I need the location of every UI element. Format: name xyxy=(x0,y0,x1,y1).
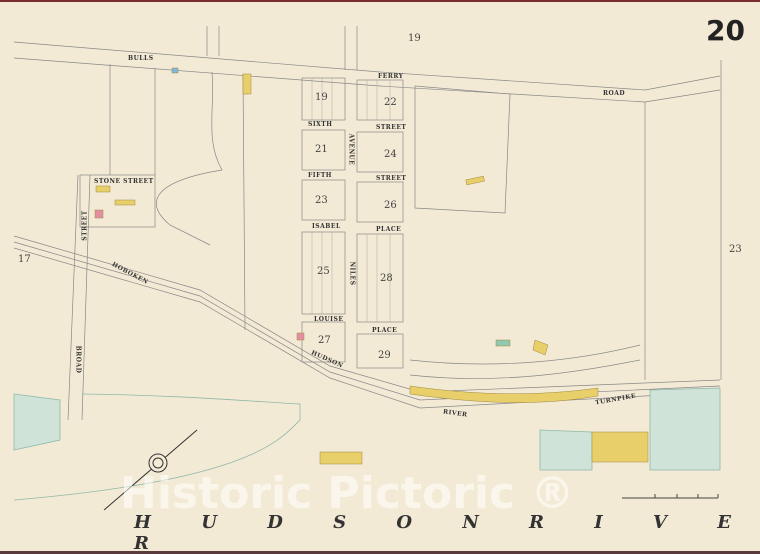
block-number: 26 xyxy=(384,200,397,211)
street-label-place-1: PLACE xyxy=(376,226,401,233)
adjacent-sheet-left: 17 xyxy=(18,254,31,265)
street-label-ferry: FERRY xyxy=(378,73,403,80)
block-number: 24 xyxy=(384,149,397,160)
street-label-stone-street: STONE STREET xyxy=(94,178,154,185)
street-label-road: ROAD xyxy=(603,90,625,97)
block-number: 21 xyxy=(315,144,328,155)
watermark: Historic Pictoric ® xyxy=(120,468,574,519)
block-number: 19 xyxy=(315,92,328,103)
street-label-broad: BROAD xyxy=(74,346,81,374)
block-number: 25 xyxy=(317,266,330,277)
street-label-bulls: BULLS xyxy=(128,55,154,62)
street-label-louise: LOUISE xyxy=(314,316,343,323)
adjacent-sheet-top: 19 xyxy=(408,33,421,44)
street-label-avenue: AVENUE xyxy=(347,134,354,166)
street-label-isabel: ISABEL xyxy=(312,223,341,230)
block-number: 22 xyxy=(384,97,397,108)
street-label-sixth: SIXTH xyxy=(308,121,332,128)
street-label-fifth: FIFTH xyxy=(308,172,332,179)
street-label-street-1: STREET xyxy=(376,124,406,131)
street-label-niles: NILES xyxy=(348,262,355,286)
block-number: 28 xyxy=(380,273,393,284)
adjacent-sheet-right: 23 xyxy=(729,244,742,255)
block-number: 23 xyxy=(315,195,328,206)
street-label-street-vertical: STREET xyxy=(82,210,89,240)
block-number: 27 xyxy=(318,335,331,346)
block-number: 29 xyxy=(378,350,391,361)
street-label-place-2: PLACE xyxy=(372,327,397,334)
street-label-street-2: STREET xyxy=(376,175,406,182)
page-number: 20 xyxy=(706,14,745,47)
map-sheet: 20 19 17 23 BULLS FERRY ROAD SIXTH STREE… xyxy=(0,0,760,554)
